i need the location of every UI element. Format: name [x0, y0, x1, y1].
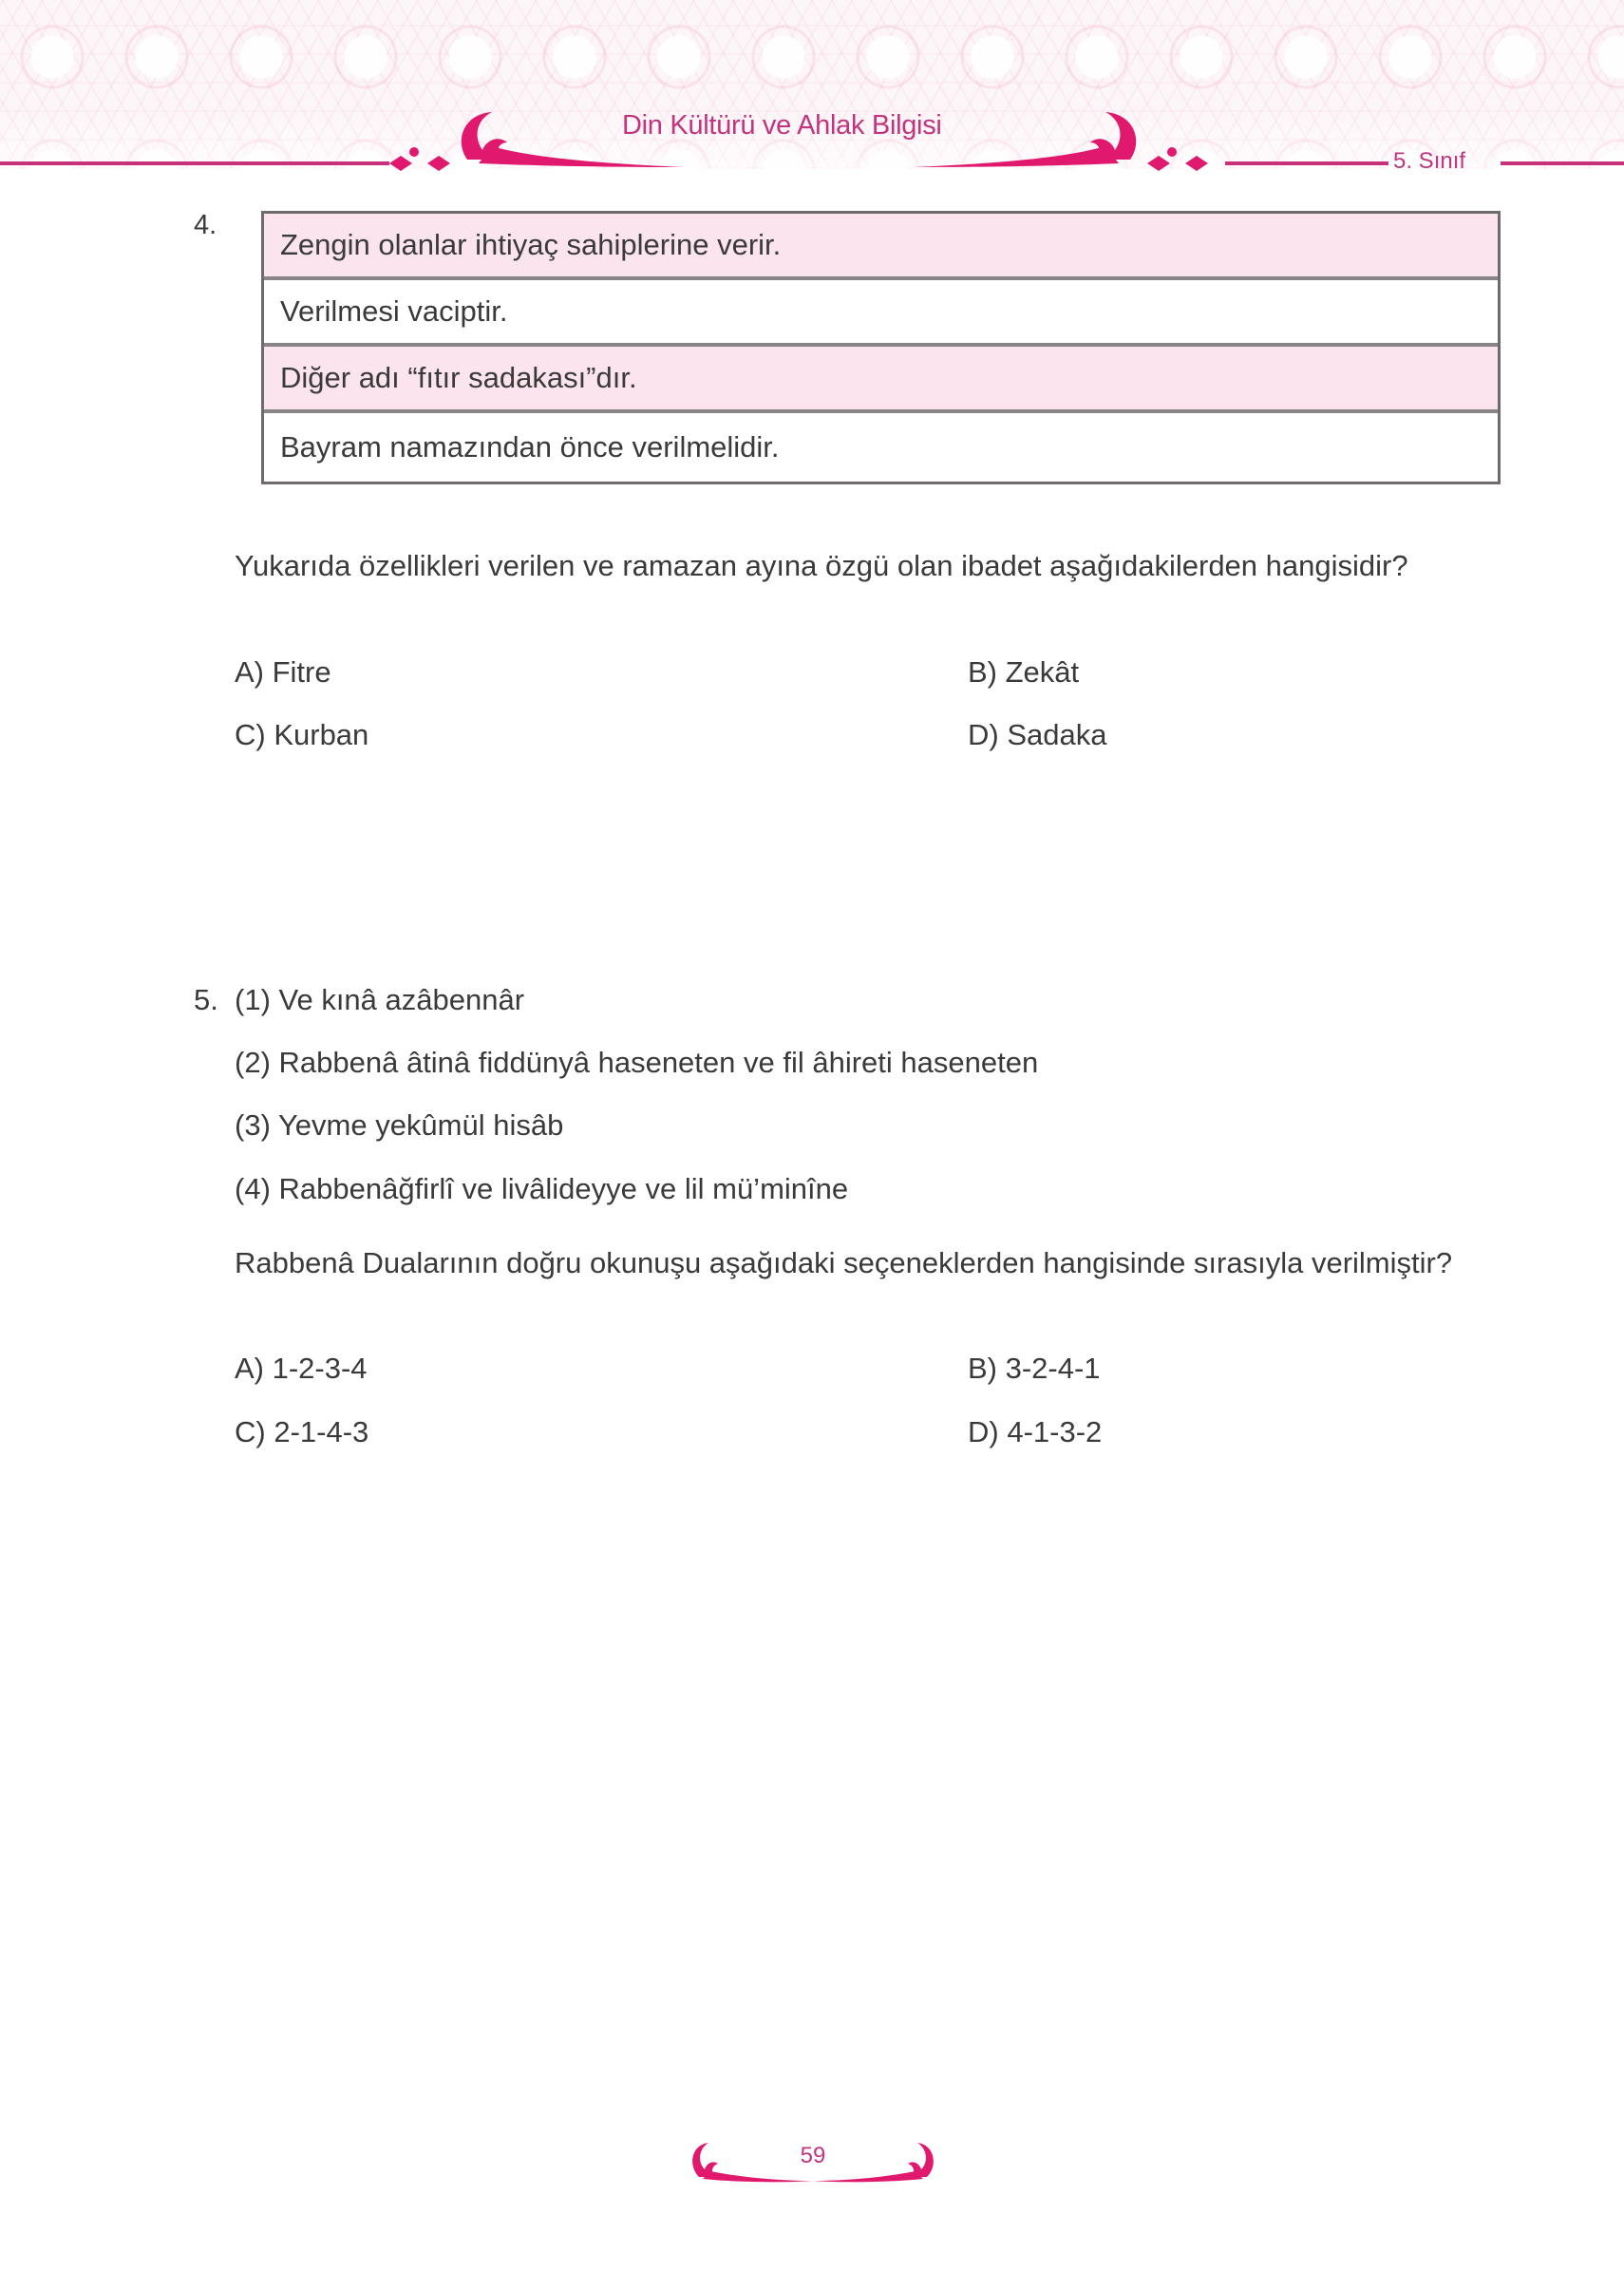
header-rule-far-right: [1501, 161, 1624, 165]
table-row: Bayram namazından önce verilmelidir.: [264, 413, 1498, 482]
question-4-properties-table: Zengin olanlar ihtiyaç sahiplerine verir…: [261, 211, 1501, 484]
question-5-item-1: (1) Ve kınâ azâbennâr: [235, 983, 524, 1017]
question-5-stem: Rabbenâ Dualarının doğru okunuşu aşağıda…: [235, 1237, 1479, 1289]
question-5-option-c[interactable]: C) 2-1-4-3: [235, 1415, 368, 1449]
question-4-number: 4.: [194, 210, 217, 241]
table-row: Zengin olanlar ihtiyaç sahiplerine verir…: [264, 214, 1498, 280]
question-5-option-a[interactable]: A) 1-2-3-4: [235, 1352, 368, 1386]
question-5-option-d[interactable]: D) 4-1-3-2: [968, 1415, 1102, 1449]
table-row: Verilmesi vaciptir.: [264, 280, 1498, 347]
grade-label: 5. Sınıf: [1393, 148, 1465, 175]
question-4-stem: Yukarıda özellikleri verilen ve ramazan …: [235, 539, 1479, 592]
question-5-item-4: (4) Rabbenâğfirlî ve livâlideyye ve lil …: [235, 1172, 848, 1206]
header-rule-right: [1225, 161, 1388, 165]
page-number: 59: [794, 2143, 832, 2169]
question-4-option-b[interactable]: B) Zekât: [968, 655, 1079, 690]
subject-title: Din Kültürü ve Ahlak Bilgisi: [622, 110, 1021, 142]
table-row: Diğer adı “fıtır sadakası”dır.: [264, 347, 1498, 413]
question-5-item-2: (2) Rabbenâ âtinâ fiddünyâ haseneten ve …: [235, 1046, 1038, 1080]
question-4-option-a[interactable]: A) Fitre: [235, 655, 331, 690]
question-4-option-d[interactable]: D) Sadaka: [968, 718, 1106, 752]
question-4-option-c[interactable]: C) Kurban: [235, 718, 368, 752]
question-5-item-3: (3) Yevme yekûmül hisâb: [235, 1108, 563, 1143]
question-5-number: 5.: [194, 983, 218, 1017]
question-5-option-b[interactable]: B) 3-2-4-1: [968, 1352, 1101, 1386]
header-rule-left: [0, 161, 389, 165]
